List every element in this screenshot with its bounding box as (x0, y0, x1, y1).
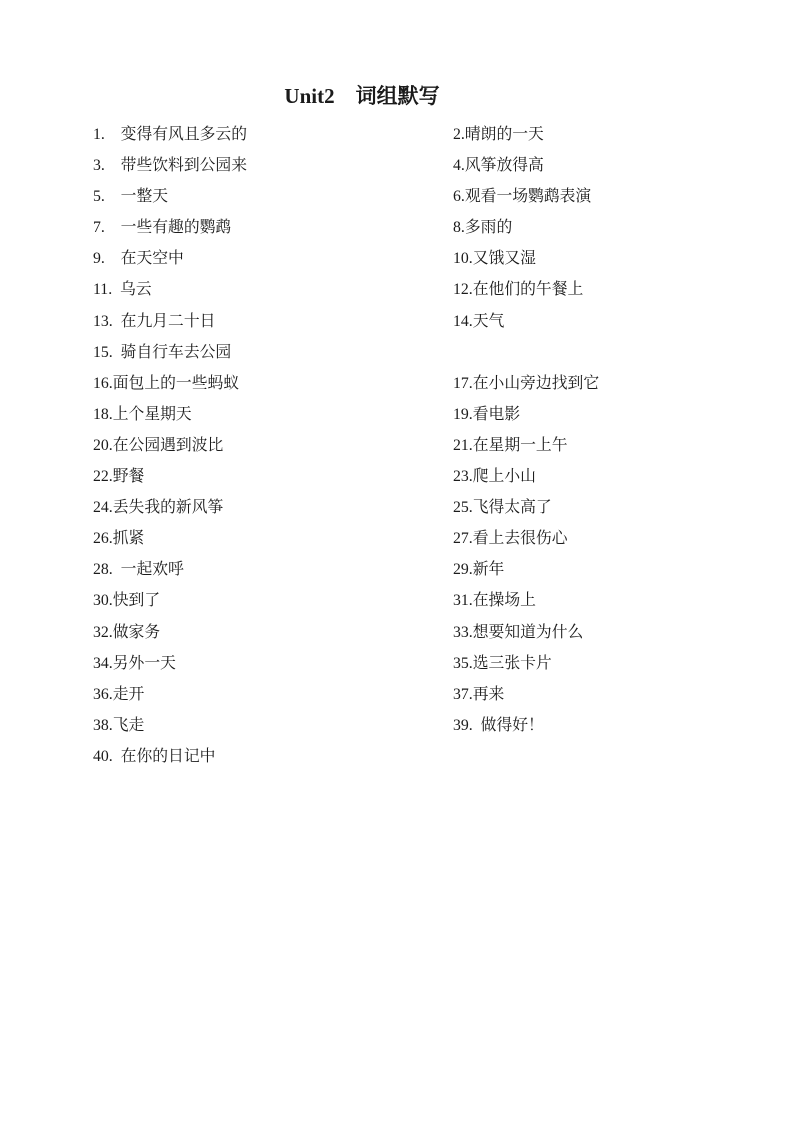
phrase-item-right: 6.观看一场鹦鹉表演 (453, 181, 753, 212)
phrase-item-left: 16.面包上的一些蚂蚁 (93, 368, 453, 399)
phrase-row: 40. 在你的日记中 (93, 741, 753, 772)
phrase-row: 26.抓紧 27.看上去很伤心 (93, 523, 753, 554)
phrase-row: 5. 一整天 6.观看一场鹦鹉表演 (93, 181, 753, 212)
phrase-row: 22.野餐 23.爬上小山 (93, 461, 753, 492)
phrase-item-left: 32.做家务 (93, 617, 453, 648)
page-title: Unit2 词组默写 (93, 80, 631, 110)
phrase-item-left: 5. 一整天 (93, 181, 453, 212)
phrase-row: 28. 一起欢呼 29.新年 (93, 554, 753, 585)
phrase-item-left: 38.飞走 (93, 710, 453, 741)
phrase-row: 16.面包上的一些蚂蚁 17.在小山旁边找到它 (93, 368, 753, 399)
phrase-item-right: 2.晴朗的一天 (453, 119, 753, 150)
phrase-item-left: 13. 在九月二十日 (93, 306, 453, 337)
phrase-row: 7. 一些有趣的鹦鹉 8.多雨的 (93, 212, 753, 243)
phrase-item-right: 17.在小山旁边找到它 (453, 368, 753, 399)
phrase-item-left: 7. 一些有趣的鹦鹉 (93, 212, 453, 243)
phrase-item-right: 14.天气 (453, 306, 753, 337)
phrase-item-left: 24.丢失我的新风筝 (93, 492, 453, 523)
phrase-item-left: 11. 乌云 (93, 274, 453, 305)
phrase-item-right: 37.再来 (453, 679, 753, 710)
phrase-row: 24.丢失我的新风筝 25.飞得太高了 (93, 492, 753, 523)
phrase-row: 1. 变得有风且多云的 2.晴朗的一天 (93, 119, 753, 150)
phrase-row: 38.飞走 39. 做得好！ (93, 710, 753, 741)
phrase-item-left: 34.另外一天 (93, 648, 453, 679)
phrase-item-left: 30.快到了 (93, 585, 453, 616)
phrase-item-left: 28. 一起欢呼 (93, 554, 453, 585)
phrase-row: 34.另外一天 35.选三张卡片 (93, 648, 753, 679)
phrase-item-left: 18.上个星期天 (93, 399, 453, 430)
phrase-item-left: 3. 带些饮料到公园来 (93, 150, 453, 181)
phrase-item-right: 35.选三张卡片 (453, 648, 753, 679)
phrase-row: 20.在公园遇到波比 21.在星期一上午 (93, 430, 753, 461)
phrase-item-right: 19.看电影 (453, 399, 753, 430)
phrase-item-right: 10.又饿又湿 (453, 243, 753, 274)
phrase-item-right: 4.风筝放得高 (453, 150, 753, 181)
phrase-list: 1. 变得有风且多云的 2.晴朗的一天 3. 带些饮料到公园来 4.风筝放得高 … (93, 119, 753, 772)
phrase-item-right (453, 741, 753, 772)
phrase-row: 18.上个星期天 19.看电影 (93, 399, 753, 430)
phrase-item-right: 23.爬上小山 (453, 461, 753, 492)
phrase-item-left: 22.野餐 (93, 461, 453, 492)
phrase-item-left: 26.抓紧 (93, 523, 453, 554)
phrase-item-right: 25.飞得太高了 (453, 492, 753, 523)
document-page: Unit2 词组默写 1. 变得有风且多云的 2.晴朗的一天 3. 带些饮料到公… (0, 0, 793, 1122)
phrase-row: 36.走开 37.再来 (93, 679, 753, 710)
phrase-item-right: 27.看上去很伤心 (453, 523, 753, 554)
phrase-item-left: 9. 在天空中 (93, 243, 453, 274)
phrase-item-right: 29.新年 (453, 554, 753, 585)
phrase-item-right: 8.多雨的 (453, 212, 753, 243)
phrase-row: 15. 骑自行车去公园 (93, 337, 753, 368)
phrase-row: 9. 在天空中 10.又饿又湿 (93, 243, 753, 274)
phrase-row: 11. 乌云 12.在他们的午餐上 (93, 274, 753, 305)
phrase-item-left: 36.走开 (93, 679, 453, 710)
phrase-item-left: 40. 在你的日记中 (93, 741, 453, 772)
phrase-item-right: 21.在星期一上午 (453, 430, 753, 461)
phrase-row: 32.做家务 33.想要知道为什么 (93, 617, 753, 648)
phrase-item-left: 1. 变得有风且多云的 (93, 119, 453, 150)
phrase-item-right: 31.在操场上 (453, 585, 753, 616)
phrase-item-right: 12.在他们的午餐上 (453, 274, 753, 305)
phrase-row: 13. 在九月二十日 14.天气 (93, 306, 753, 337)
phrase-item-right: 33.想要知道为什么 (453, 617, 753, 648)
phrase-row: 3. 带些饮料到公园来 4.风筝放得高 (93, 150, 753, 181)
phrase-item-left: 20.在公园遇到波比 (93, 430, 453, 461)
phrase-row: 30.快到了 31.在操场上 (93, 585, 753, 616)
phrase-item-right: 39. 做得好！ (453, 710, 753, 741)
phrase-item-left: 15. 骑自行车去公园 (93, 337, 453, 368)
phrase-item-right (453, 337, 753, 368)
